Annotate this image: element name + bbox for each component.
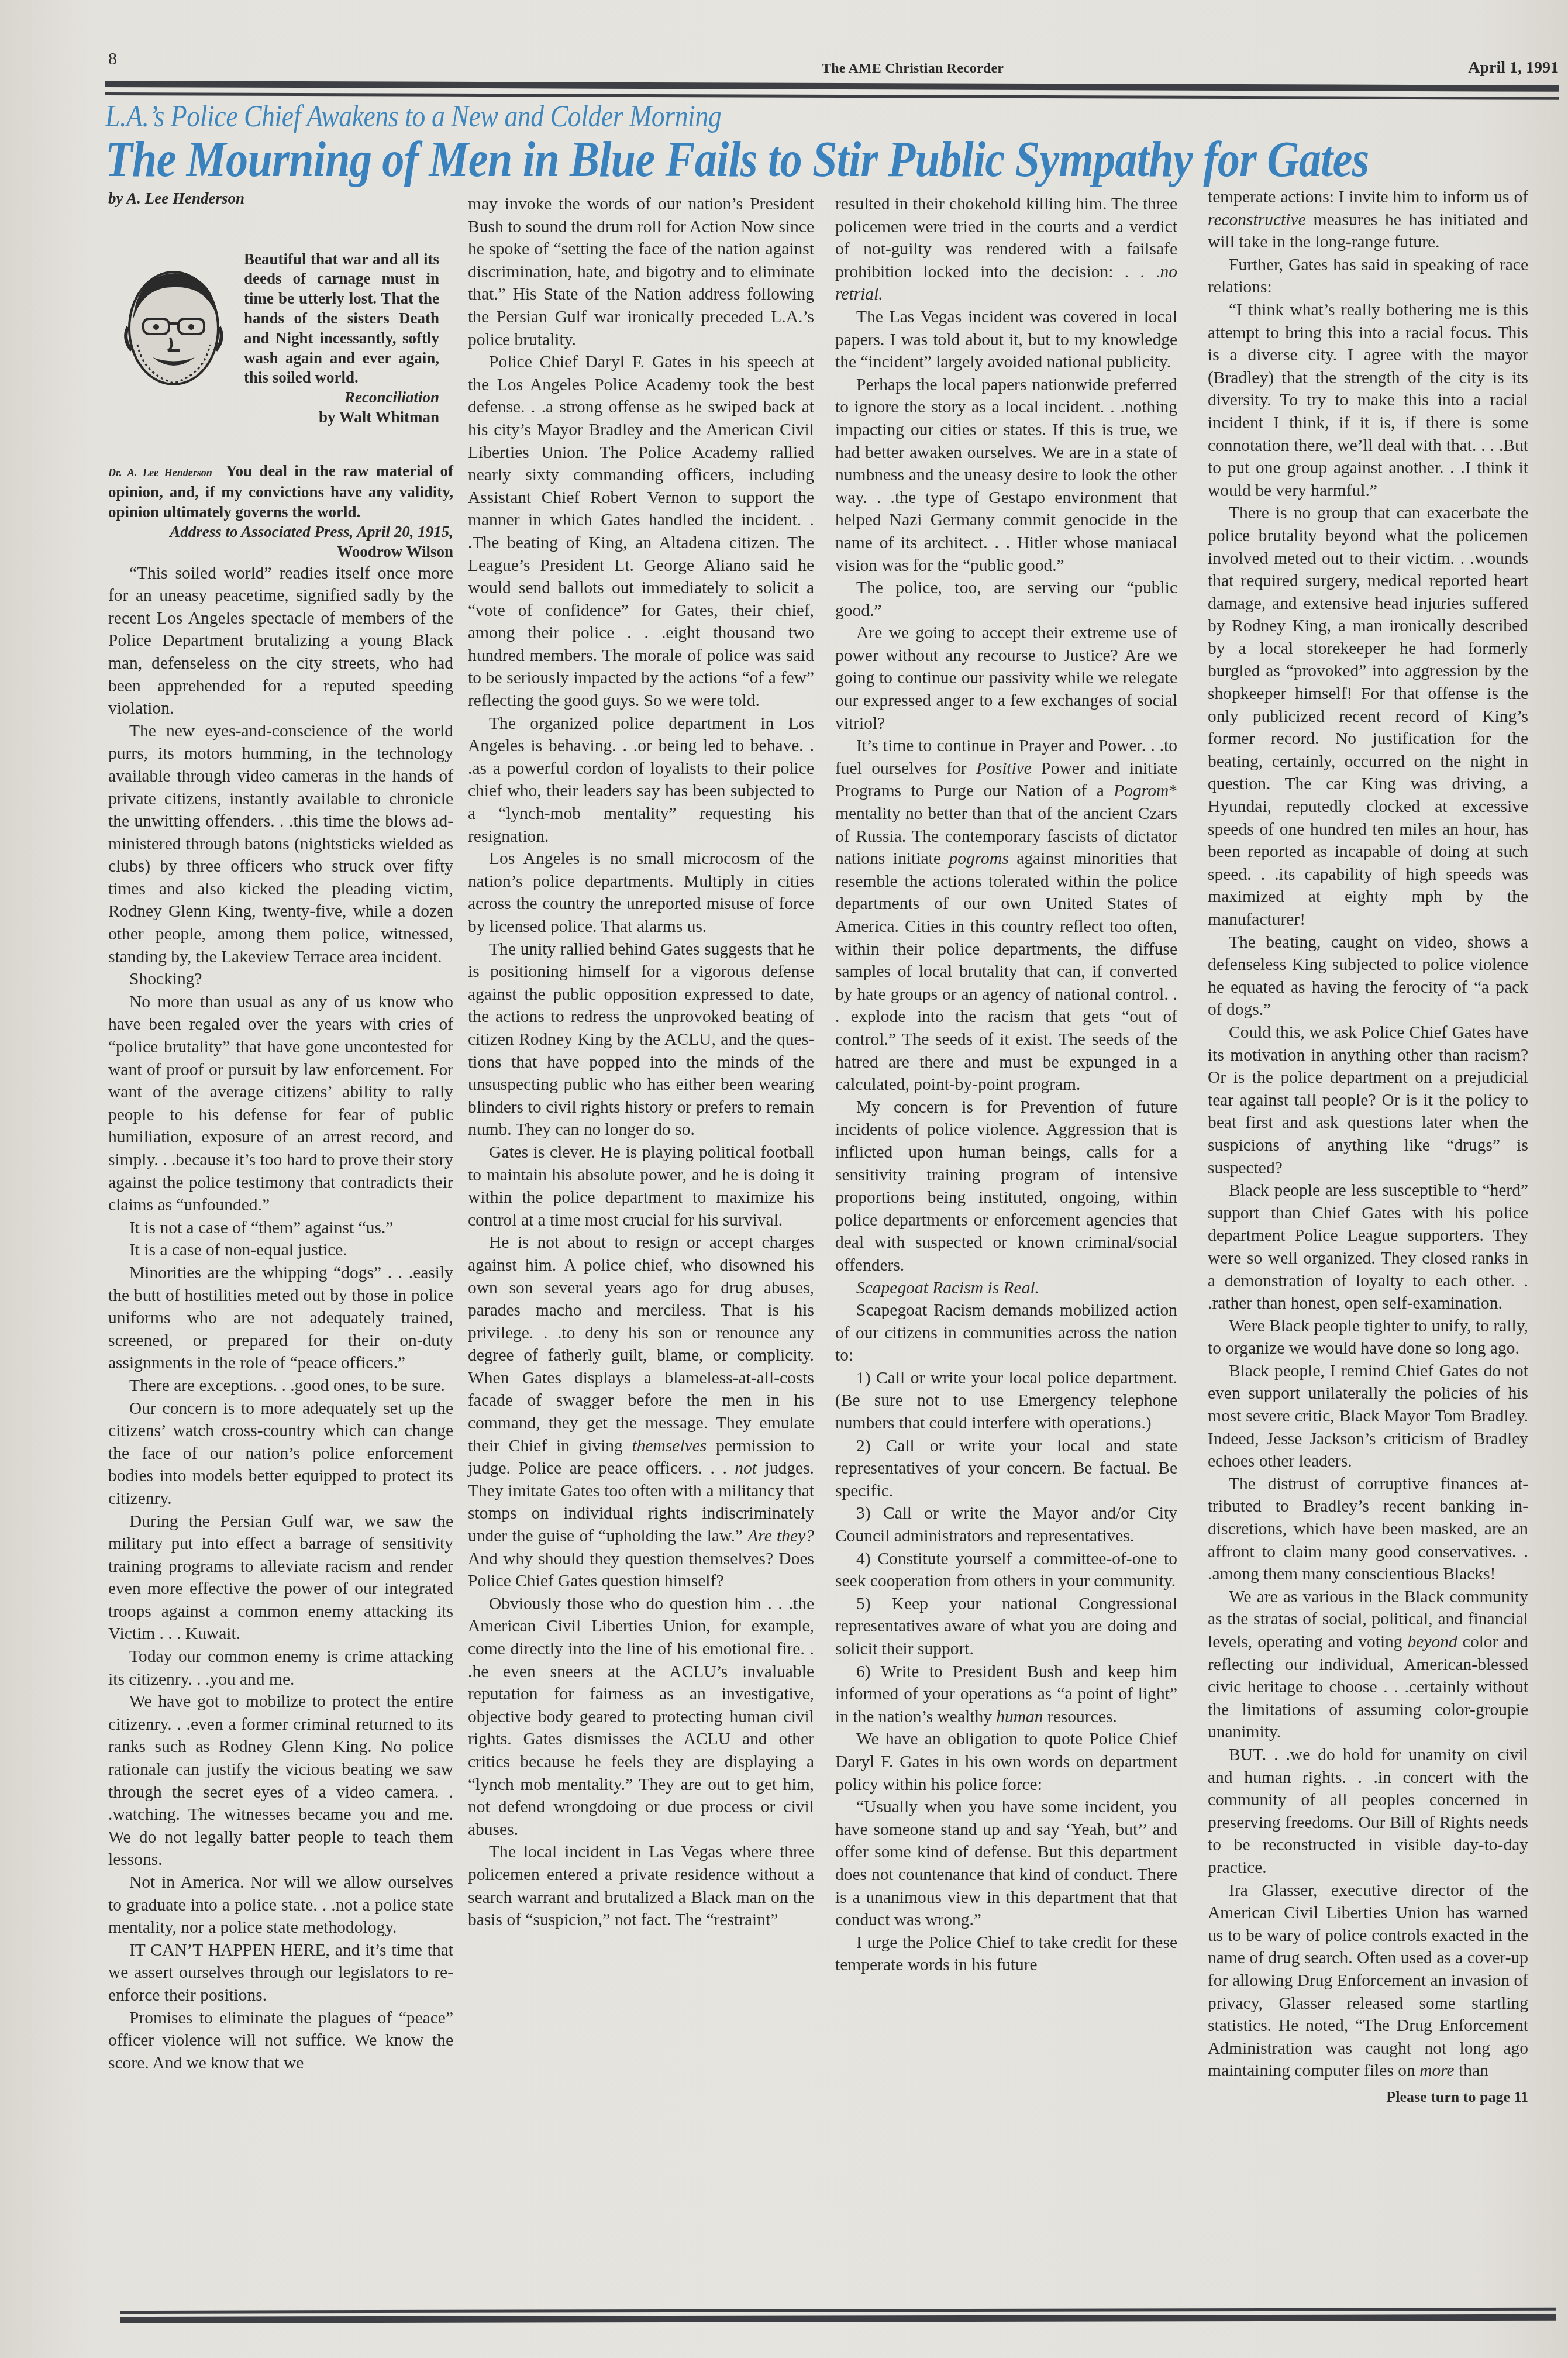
body-paragraph: Scapegoat Racism demands mobilized actio…	[835, 1299, 1177, 1367]
body-paragraph: The unity rallied behind Gates suggests …	[468, 938, 814, 1141]
body-paragraph: Police Chief Daryl F. Gates in his speec…	[468, 351, 814, 712]
body-paragraph: We have got to mobilize to protect the e…	[108, 1691, 453, 1871]
page-number: 8	[108, 49, 117, 69]
column-4-body: temperate actions: I invite him to infor…	[1208, 186, 1528, 2082]
body-paragraph: We are as various in the Black com­munit…	[1208, 1586, 1528, 1744]
body-paragraph: “This soiled world” readies itself once …	[108, 562, 453, 720]
column-3-body: resulted in their chokehold killing him.…	[835, 193, 1177, 1977]
body-paragraph: BUT. . .we do hold for unamity on civil …	[1208, 1744, 1528, 1879]
body-paragraph: During the Persian Gulf war, we saw the …	[108, 1510, 453, 1646]
body-paragraph: It is not a case of “them” against “us.”	[108, 1217, 453, 1240]
portrait-caption: Dr. A. Lee Henderson	[108, 467, 212, 479]
body-paragraph: No more than usual as any of us know who…	[108, 991, 453, 1217]
body-paragraph: resulted in their chokehold killing him.…	[835, 193, 1177, 306]
body-paragraph: I urge the Police Chief to take credit f…	[835, 1932, 1177, 1977]
body-paragraph: 4) Constitute yourself a committee-of-on…	[835, 1548, 1177, 1593]
article-column-3: resulted in their chokehold killing him.…	[835, 193, 1177, 1977]
body-paragraph: Our concern is to more adequately set up…	[108, 1397, 453, 1510]
author-portrait-icon	[120, 263, 225, 391]
epigraph-whitman-work: Reconciliation	[244, 388, 439, 408]
body-paragraph: Black people, I remind Chief Gates do no…	[1208, 1360, 1528, 1473]
body-paragraph: 6) Write to President Bush and keep him …	[835, 1661, 1177, 1729]
footer-double-rule	[120, 2311, 1556, 2328]
body-paragraph: The distrust of corruptive finances at­t…	[1208, 1473, 1528, 1586]
column-2-body: may invoke the words of our nation’s Pre…	[468, 193, 814, 1932]
rule-thin	[105, 92, 1559, 100]
body-paragraph: temperate actions: I invite him to infor…	[1208, 186, 1528, 254]
body-paragraph: We have an obligation to quote Police Ch…	[835, 1728, 1177, 1796]
column-1-body: “This soiled world” readies itself once …	[108, 562, 453, 2075]
byline: by A. Lee Henderson	[108, 187, 453, 210]
body-paragraph: The new eyes-and-conscience of the world…	[108, 720, 453, 969]
epigraph-wilson-author: Woodrow Wilson	[337, 543, 453, 560]
epigraph-wilson-source: Address to Associated Press, April 20, 1…	[108, 522, 453, 562]
body-paragraph: 3) Call or write the Mayor and/or City C…	[835, 1502, 1177, 1547]
body-paragraph: “I think what’s really bothering me is t…	[1208, 299, 1528, 502]
body-paragraph: Scapegoat Racism is Real.	[835, 1277, 1177, 1300]
body-paragraph: Promises to eliminate the plagues of “pe…	[108, 2007, 453, 2075]
body-paragraph: 1) Call or write your local police depar…	[835, 1367, 1177, 1435]
body-paragraph: The police, too, are serving our “public…	[835, 577, 1177, 622]
article-column-2: may invoke the words of our nation’s Pre…	[468, 193, 814, 1932]
body-paragraph: There are exceptions. . .good ones, to b…	[108, 1375, 453, 1397]
body-paragraph: Further, Gates has said in speaking of r…	[1208, 254, 1528, 299]
body-paragraph: The local incident in Las Vegas where th…	[468, 1841, 814, 1931]
body-paragraph: It is a case of non-equal justice.	[108, 1239, 453, 1262]
body-paragraph: IT CAN’T HAPPEN HERE, and it’s time that…	[108, 1939, 453, 2007]
body-paragraph: The organized police department in Los A…	[468, 712, 814, 848]
article-column-4: temperate actions: I invite him to infor…	[1208, 186, 1528, 2108]
issue-date: April 1, 1991	[1468, 58, 1559, 77]
body-paragraph: Could this, we ask Police Chief Gates ha…	[1208, 1021, 1528, 1179]
body-paragraph: The beating, caught on video, shows a de…	[1208, 931, 1528, 1021]
epigraph-whitman-text: Beautiful that war and all its deeds of …	[244, 250, 439, 388]
rule-thick	[120, 2314, 1556, 2323]
body-paragraph: Obviously those who do question him . . …	[468, 1593, 814, 1841]
publication-name: The AME Christian Recorder	[822, 61, 1004, 77]
rule-thick	[105, 81, 1559, 92]
body-paragraph: It’s time to continue in Prayer and Powe…	[835, 735, 1177, 1096]
continuation-jump-link[interactable]: Please turn to page 11	[1208, 2086, 1528, 2109]
body-paragraph: 5) Keep your national Congressional repr…	[835, 1593, 1177, 1661]
body-paragraph: Today our common enemy is crime at­tacki…	[108, 1646, 453, 1691]
body-paragraph: Minorities are the whipping “dogs” . . .…	[108, 1262, 453, 1375]
epigraph-whitman-title: Reconciliation	[344, 388, 439, 406]
body-paragraph: 2) Call or write your local and state re…	[835, 1435, 1177, 1503]
body-paragraph: Were Black people tighter to unify, to r…	[1208, 1315, 1528, 1360]
epigraph-whitman-author: by Walt Whitman	[244, 408, 439, 428]
body-paragraph: My concern is for Prevention of future i…	[835, 1096, 1177, 1277]
body-paragraph: Ira Glasser, executive director of the A…	[1208, 1879, 1528, 2082]
epigraph-wilson-occasion: Address to Associated Press, April 20, 1…	[170, 523, 453, 541]
body-paragraph: Los Angeles is no small microcosm of the…	[468, 848, 814, 938]
body-paragraph: He is not about to resign or accept char…	[468, 1231, 814, 1593]
body-paragraph: Perhaps the local papers nationwide pref…	[835, 374, 1177, 577]
body-paragraph: Shocking?	[108, 968, 453, 991]
running-head: 8 The AME Christian Recorder April 1, 19…	[105, 54, 1559, 77]
body-paragraph: Not in America. Nor will we allow oursel…	[108, 1871, 453, 1939]
epigraph-block: Beautiful that war and all its deeds of …	[108, 216, 453, 462]
body-paragraph: Black people are less susceptible to “he…	[1208, 1179, 1528, 1315]
epigraph-wilson: Dr. A. Lee Henderson You deal in the raw…	[108, 462, 453, 522]
article-headline: The Mourning of Men in Blue Fails to Sti…	[105, 130, 1369, 188]
body-paragraph: Gates is clever. He is playing political…	[468, 1141, 814, 1231]
body-paragraph: The Las Vegas incident was covered in lo…	[835, 306, 1177, 374]
article-kicker: L.A.’s Police Chief Awakens to a New and…	[105, 99, 721, 134]
epigraph-whitman: Beautiful that war and all its deeds of …	[244, 250, 439, 428]
body-paragraph: There is no group that can exacerbate th…	[1208, 502, 1528, 931]
rule-thin	[120, 2308, 1556, 2314]
article-column-1: by A. Lee Henderson Beautiful that war a…	[108, 187, 453, 2074]
body-paragraph: may invoke the words of our nation’s Pre…	[468, 193, 814, 351]
body-paragraph: Are we going to accept their extreme use…	[835, 622, 1177, 735]
body-paragraph: “Usually when you have some incident, yo…	[835, 1796, 1177, 1932]
